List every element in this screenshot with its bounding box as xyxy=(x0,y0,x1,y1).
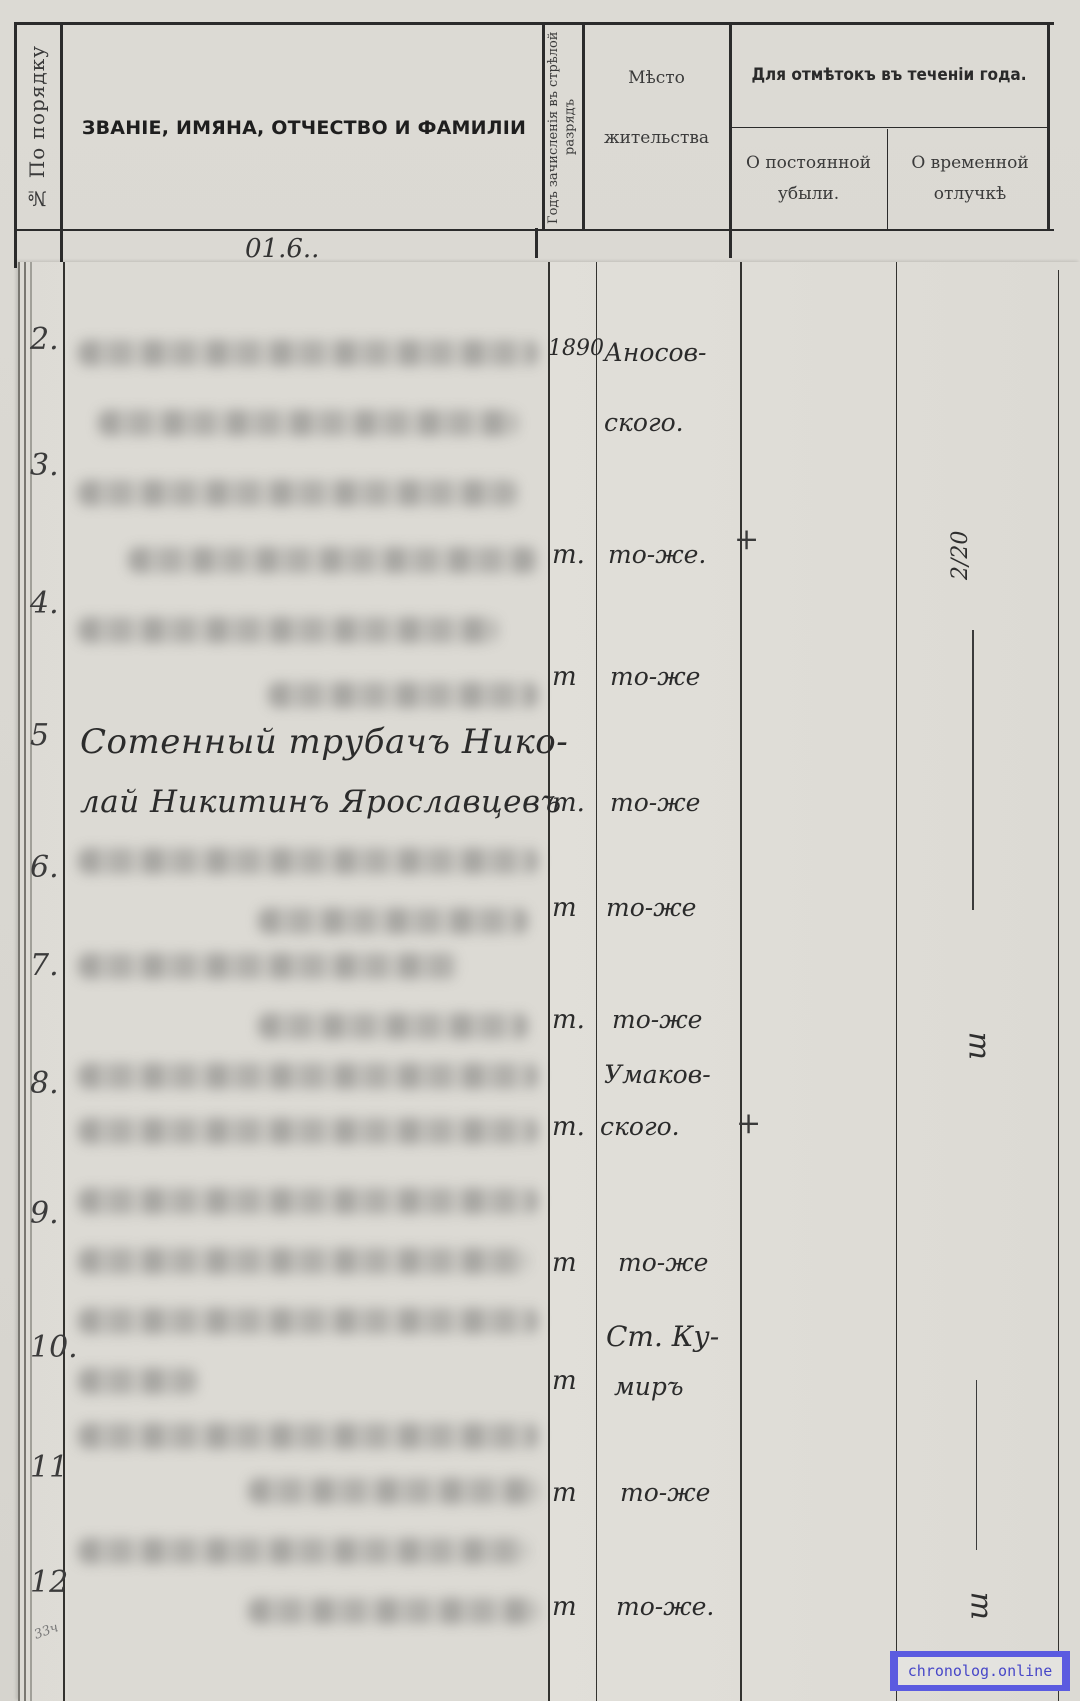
divider xyxy=(14,228,17,268)
row-number: 7. xyxy=(30,948,66,983)
redacted-line xyxy=(78,480,518,506)
redacted-line xyxy=(78,1423,538,1449)
column-divider xyxy=(740,262,742,1701)
row-4-place: то-же xyxy=(610,662,700,691)
redacted-line xyxy=(78,1308,538,1334)
header-col-place-line1: Мѣсто xyxy=(628,68,685,88)
row-6-place: то-же xyxy=(606,893,696,922)
row-number: 5 xyxy=(30,718,66,753)
row-number: 8. xyxy=(30,1066,66,1101)
header-col-temporary-line1: О временной xyxy=(911,148,1028,179)
row-2-year: 1890 xyxy=(548,336,604,361)
row-number: 3. xyxy=(30,448,66,483)
row-5-category: т. xyxy=(552,788,585,818)
header-col-year-label: Годъ зачисленія въ стрѣлой разрядъ xyxy=(546,25,579,230)
divider xyxy=(729,228,732,258)
row-2-place-cont: ского. xyxy=(604,408,684,437)
column-divider xyxy=(896,262,897,1701)
row-3-permanent-loss-mark: + xyxy=(734,522,759,557)
temp-column-line xyxy=(976,1380,977,1550)
row-number: 4. xyxy=(30,586,66,621)
redacted-line xyxy=(98,410,518,436)
row-8-permanent-loss-mark: + xyxy=(736,1106,761,1141)
row-8-category: т. xyxy=(552,1112,585,1142)
header-col-temporary: О временной отлучкѣ xyxy=(890,129,1050,229)
page-edge xyxy=(24,262,26,1701)
header-col-permanent-line1: О постоянной xyxy=(746,148,871,179)
row-number: 6. xyxy=(30,850,66,885)
divider xyxy=(60,25,63,231)
row-6-category: т xyxy=(552,893,577,923)
row-12-place: то-же. xyxy=(616,1592,714,1621)
header-col-name: ЗВАНІЕ, ИМЯНА, ОТЧЕСТВО И ФАМИЛІИ xyxy=(64,25,544,230)
redacted-line xyxy=(78,617,498,643)
row-5-name-line1: Сотенный трубачъ Нико- xyxy=(80,722,568,762)
row-11-category: т xyxy=(552,1478,577,1508)
row-8-place: Умаков- xyxy=(604,1060,711,1089)
redacted-line xyxy=(78,1118,538,1144)
header-col-permanent: О постоянной убыли. xyxy=(731,129,886,229)
row-2-place: Аносов- xyxy=(604,338,707,367)
header-col-marks: Для отмѣтокъ въ теченіи года. xyxy=(731,25,1047,125)
row-11-place: то-же xyxy=(620,1478,710,1507)
header-col-number: № По порядку xyxy=(14,25,60,230)
redacted-line xyxy=(268,682,538,708)
row-7-place: то-же xyxy=(612,1005,702,1034)
row-4-category: т xyxy=(552,662,577,692)
redacted-line xyxy=(258,908,528,934)
temp-column-mid-text: ш xyxy=(958,1032,993,1060)
redacted-names-area xyxy=(68,808,548,1701)
header-col-number-label: № По порядку xyxy=(25,45,49,211)
header-col-year: Годъ зачисленія въ стрѣлой разрядъ xyxy=(542,25,582,230)
redacted-line xyxy=(78,1538,528,1564)
divider xyxy=(887,129,888,231)
row-number: 11 xyxy=(30,1450,66,1485)
temp-column-lower-text: ш xyxy=(960,1592,995,1620)
temp-column-upper-mark: 2/20 xyxy=(948,531,973,580)
redacted-line xyxy=(248,1478,538,1504)
row-7-category: т. xyxy=(552,1005,585,1035)
row-9-category: т xyxy=(552,1248,577,1278)
row-number: 12 xyxy=(30,1565,66,1600)
row1-peek-text: 01.6.. xyxy=(245,234,319,264)
redacted-line xyxy=(78,340,538,366)
row-3-category: т. xyxy=(552,540,585,570)
header-col-marks-label: Для отмѣтокъ въ теченіи года. xyxy=(751,65,1026,85)
redacted-line xyxy=(78,1188,538,1214)
row-5-name-line2: лай Никитинъ Ярославцевъ xyxy=(80,784,562,820)
watermark: chronolog.online xyxy=(890,1651,1070,1691)
column-divider xyxy=(548,262,550,1701)
row-number: 2. xyxy=(30,322,66,357)
redacted-line xyxy=(78,1368,198,1394)
header-col-place-line2: жительства xyxy=(604,128,709,148)
watermark-text: chronolog.online xyxy=(898,1657,1062,1685)
redacted-line xyxy=(78,953,458,979)
header-col-place: Мѣсто жительства xyxy=(584,25,729,230)
column-divider xyxy=(1058,270,1059,1701)
header-col-permanent-line2: убыли. xyxy=(778,179,839,210)
header-table: № По порядку ЗВАНІЕ, ИМЯНА, ОТЧЕСТВО И Ф… xyxy=(14,22,1054,228)
column-divider xyxy=(596,262,597,1701)
redacted-line xyxy=(78,1248,528,1274)
row-10-place: Ст. Ку- xyxy=(606,1320,719,1353)
header-col-name-label: ЗВАНІЕ, ИМЯНА, ОТЧЕСТВО И ФАМИЛІИ xyxy=(82,117,526,139)
row-5-place: то-же xyxy=(610,788,700,817)
row-3-place: то-же. xyxy=(608,540,706,569)
redacted-line xyxy=(258,1013,528,1039)
page-edge xyxy=(18,262,20,1701)
row-8-place-cont: ского. xyxy=(600,1112,680,1141)
redacted-line xyxy=(248,1598,538,1624)
row-12-category: т xyxy=(552,1592,577,1622)
temp-column-line xyxy=(972,630,974,910)
divider xyxy=(732,127,1047,128)
row-number: 10. xyxy=(30,1330,66,1365)
redacted-line xyxy=(78,1063,538,1089)
row-9-place: то-же xyxy=(618,1248,708,1277)
redacted-line xyxy=(128,547,538,573)
redacted-line xyxy=(78,848,538,874)
header-col-temporary-line2: отлучкѣ xyxy=(934,179,1007,210)
row-10-place-cont: миръ xyxy=(614,1372,684,1401)
divider xyxy=(535,228,538,258)
row-number: 9. xyxy=(30,1196,66,1231)
row-10-category: т xyxy=(552,1366,577,1396)
